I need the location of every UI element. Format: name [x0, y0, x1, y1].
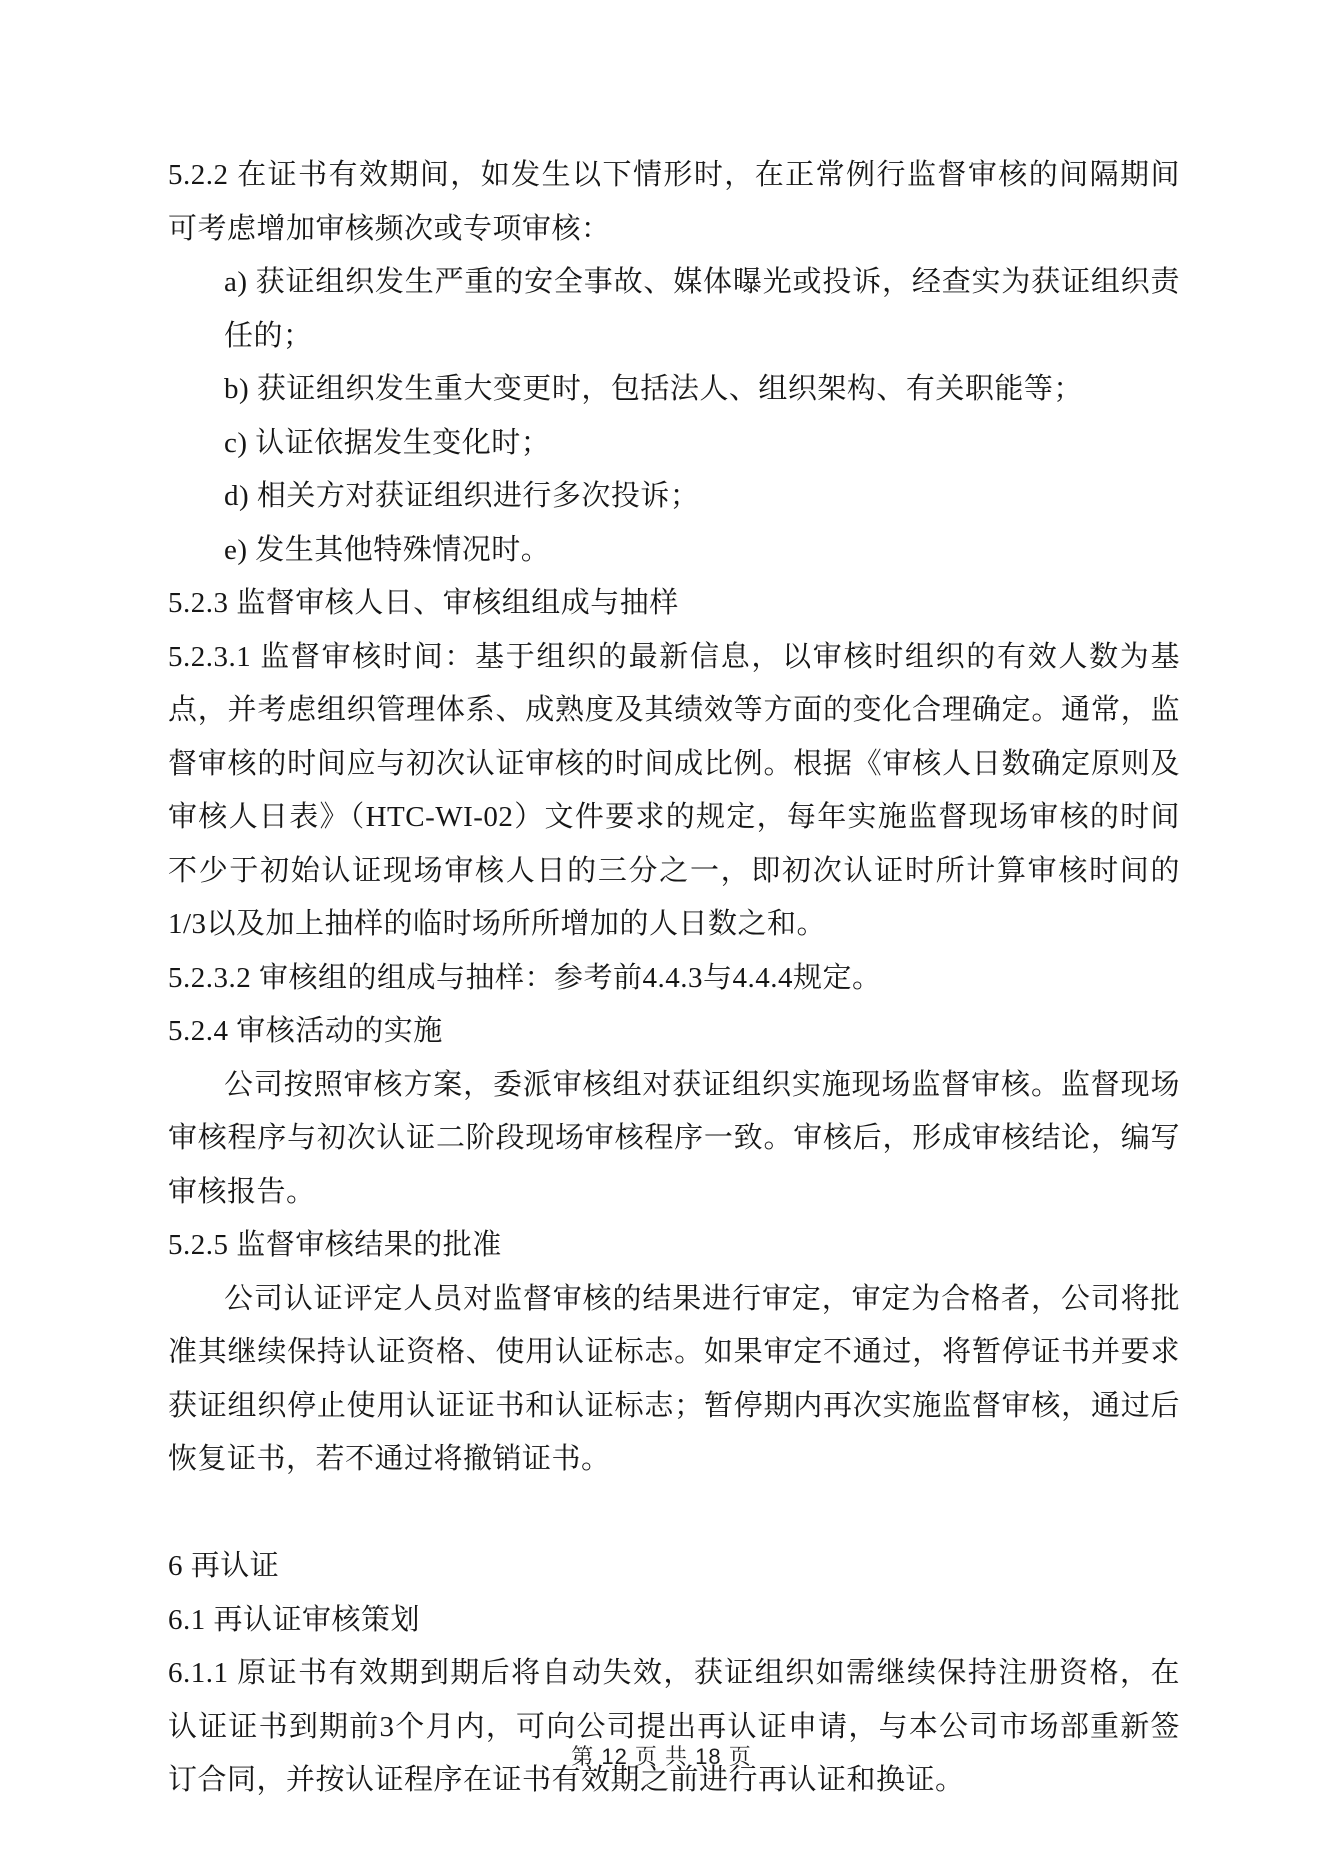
- list-item-a: a) 获证组织发生严重的安全事故、媒体曝光或投诉，经查实为获证组织责任的；: [168, 256, 1180, 363]
- paragraph-5-2-4-body: 公司按照审核方案，委派审核组对获证组织实施现场监督审核。监督现场审核程序与初次认…: [168, 1059, 1180, 1220]
- paragraph-5-2-2: 5.2.2 在证书有效期间，如发生以下情形时，在正常例行监督审核的间隔期间可考虑…: [168, 149, 1180, 256]
- list-item-c: c) 认证依据发生变化时；: [168, 417, 1180, 471]
- heading-5-2-4: 5.2.4 审核活动的实施: [168, 1005, 1180, 1059]
- heading-5-2-5: 5.2.5 监督审核结果的批准: [168, 1219, 1180, 1273]
- paragraph-5-2-3-2: 5.2.3.2 审核组的组成与抽样：参考前4.4.3与4.4.4规定。: [168, 952, 1180, 1006]
- paragraph-6-1-1: 6.1.1 原证书有效期到期后将自动失效，获证组织如需继续保持注册资格，在认证证…: [168, 1647, 1180, 1808]
- list-item-d: d) 相关方对获证组织进行多次投诉；: [168, 470, 1180, 524]
- heading-6-1: 6.1 再认证审核策划: [168, 1594, 1180, 1648]
- page-footer: 第 12 页 共 18 页: [0, 1740, 1323, 1771]
- list-item-e: e) 发生其他特殊情况时。: [168, 524, 1180, 578]
- paragraph-5-2-3-1: 5.2.3.1 监督审核时间：基于组织的最新信息，以审核时组织的有效人数为基点，…: [168, 631, 1180, 952]
- paragraph-5-2-5-body: 公司认证评定人员对监督审核的结果进行审定，审定为合格者，公司将批准其继续保持认证…: [168, 1273, 1180, 1487]
- list-item-b: b) 获证组织发生重大变更时，包括法人、组织架构、有关职能等；: [168, 363, 1180, 417]
- document-body: 5.2.2 在证书有效期间，如发生以下情形时，在正常例行监督审核的间隔期间可考虑…: [168, 149, 1180, 1808]
- heading-6: 6 再认证: [168, 1540, 1180, 1594]
- heading-5-2-3: 5.2.3 监督审核人日、审核组组成与抽样: [168, 577, 1180, 631]
- document-page: 5.2.2 在证书有效期间，如发生以下情形时，在正常例行监督审核的间隔期间可考虑…: [0, 0, 1323, 1871]
